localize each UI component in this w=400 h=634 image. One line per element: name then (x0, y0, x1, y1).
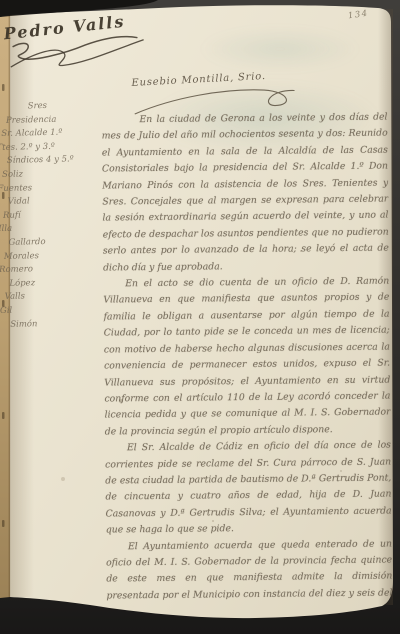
paragraph-villanueva-licencia: En el acto se dio cuenta de un oficio de… (103, 274, 391, 441)
acta-body-text: En la ciudad de Gerona a los veinte y do… (101, 110, 392, 607)
paragraph-gobernador-dimision: El Ayuntamiento acuerda que queda entera… (106, 536, 393, 606)
attendees-margin-list: Sres Presidencia Sr. Alcalde 1.º Ttes. 2… (0, 99, 98, 332)
manuscript-scan: 134 Pedro Valls Eusebio Montilla, Srio. … (0, 0, 400, 634)
paper-specks (0, 0, 2, 2)
paragraph-alcalde-cadiz: El Sr. Alcalde de Cádiz en oficio del dí… (105, 438, 392, 539)
paragraph-session-opening: En la ciudad de Gerona a los veinte y do… (101, 110, 389, 277)
margin-item: Simón (10, 316, 98, 331)
margin-heading: Sres (28, 99, 94, 114)
